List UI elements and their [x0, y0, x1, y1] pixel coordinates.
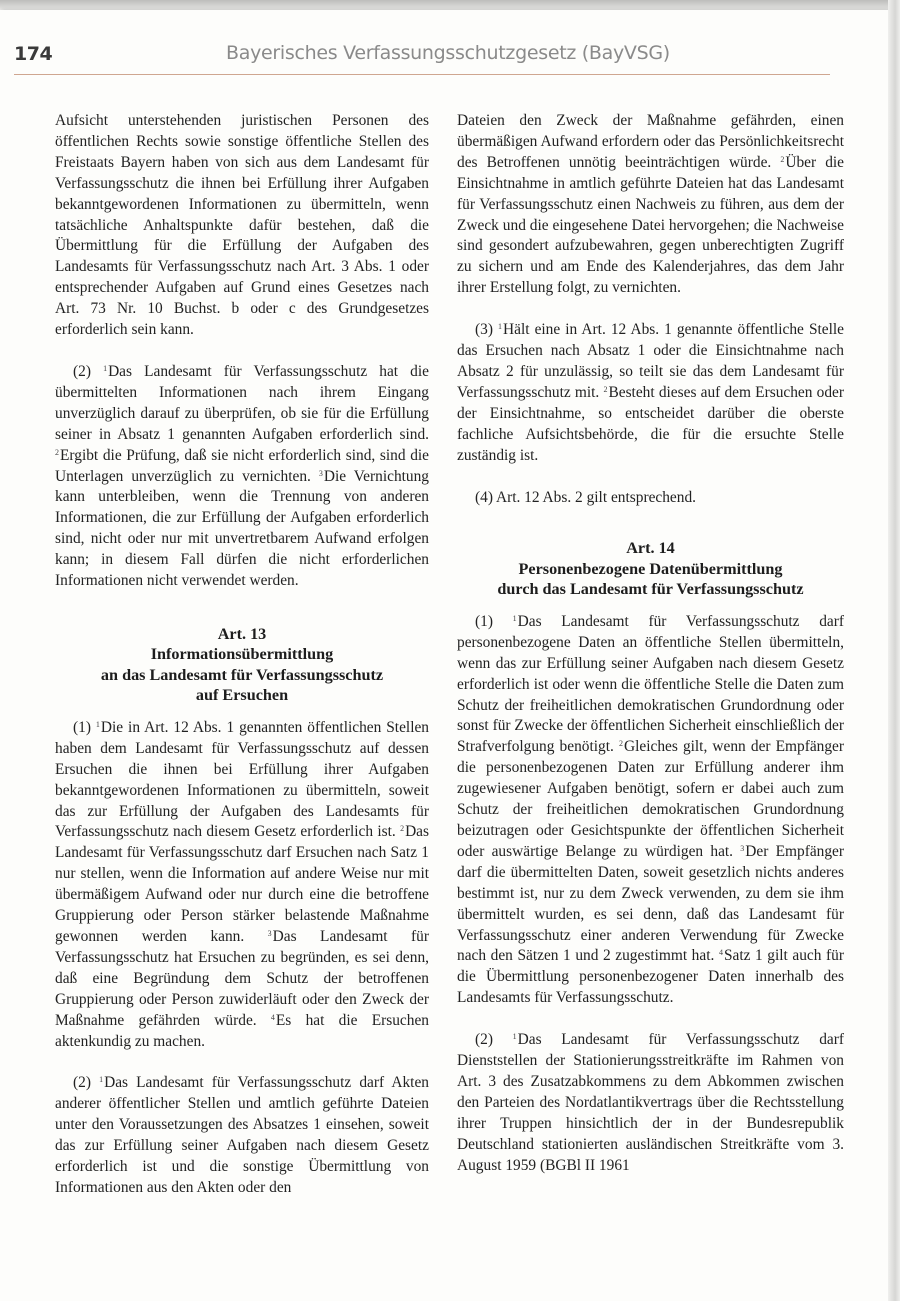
sentence: Das Landesamt für Verfassungsschutz darf… [55, 823, 429, 945]
sentence-marker: 2 [603, 385, 607, 394]
sentence-marker: 2 [400, 824, 404, 833]
article-heading-14: Art. 14 Personenbezogene Datenübermittlu… [457, 538, 844, 600]
sentence-marker: 2 [780, 155, 784, 164]
art12-abs2: (2) 1Das Landesamt für Verfassungsschutz… [55, 362, 429, 592]
sentence: Das Landesamt für Verfassungsschutz hat … [55, 363, 429, 443]
sentence-marker: 1 [103, 364, 107, 373]
article-title: an das Landesamt für Verfassungsschutz [55, 665, 429, 686]
art13-abs2-continuation: Dateien den Zweck der Maßnahme gefährden… [457, 111, 844, 299]
art13-abs4: (4) Art. 12 Abs. 2 gilt entsprechend. [457, 488, 844, 509]
sentence-marker: 3 [319, 469, 323, 478]
art14-abs1: (1) 1Das Landesamt für Verfassungsschutz… [457, 612, 844, 1009]
running-title: Bayerisches Verfassungsschutzgesetz (Bay… [226, 42, 670, 64]
sentence-marker: 1 [513, 1032, 517, 1041]
sentence-marker: 4 [271, 1013, 275, 1022]
paragraph-label: (2) [475, 1031, 493, 1048]
sentence: Gleiches gilt, wenn der Empfänger die pe… [457, 738, 844, 860]
article-heading-13: Art. 13 Informationsübermittlung an das … [55, 624, 429, 706]
sentence: Das Landesamt für Verfassungsschutz darf… [55, 1074, 429, 1196]
sentence-marker: 3 [268, 929, 272, 938]
article-title: durch das Landesamt für Verfassungsschut… [457, 579, 844, 600]
article-number: Art. 14 [457, 538, 844, 559]
sentence-marker: 1 [96, 720, 100, 729]
art13-abs3: (3) 1Hält eine in Art. 12 Abs. 1 genannt… [457, 320, 844, 466]
sentence-marker: 1 [498, 322, 502, 331]
paragraph-text: Aufsicht unterstehenden juristischen Per… [55, 112, 429, 338]
sentence-marker: 1 [99, 1075, 103, 1084]
right-column: Dateien den Zweck der Maßnahme gefährden… [457, 111, 844, 1176]
paragraph-continuation: Aufsicht unterstehenden juristischen Per… [55, 111, 429, 341]
art13-abs1: (1) 1Die in Art. 12 Abs. 1 genannten öff… [55, 718, 429, 1053]
art13-abs2-start: (2) 1Das Landesamt für Verfassungsschutz… [55, 1073, 429, 1198]
sentence-marker: 3 [740, 844, 744, 853]
sentence-marker: 2 [55, 448, 59, 457]
page-header: 174 Bayerisches Verfassungsschutzgesetz … [14, 38, 834, 72]
article-title: Informationsübermittlung [55, 644, 429, 665]
sentence: Über die Einsichtnahme in amtlich geführ… [457, 154, 844, 296]
paragraph-label: (2) [73, 1074, 91, 1091]
sentence: Das Landesamt für Verfassungsschutz darf… [457, 613, 844, 755]
sentence: Das Landesamt für Verfassungsschutz darf… [457, 1031, 844, 1173]
header-rule [14, 74, 830, 75]
paragraph-label: (1) [73, 719, 91, 736]
art14-abs2-start: (2) 1Das Landesamt für Verfassungsschutz… [457, 1030, 844, 1176]
article-number: Art. 13 [55, 624, 429, 645]
paragraph-label: (3) [475, 321, 493, 338]
sentence: Die in Art. 12 Abs. 1 genannten öffentli… [55, 719, 429, 841]
left-column: Aufsicht unterstehenden juristischen Per… [55, 111, 429, 1199]
paragraph-label: (1) [475, 613, 493, 630]
article-title: auf Ersuchen [55, 685, 429, 706]
book-page: 174 Bayerisches Verfassungsschutzgesetz … [0, 10, 888, 1301]
page-number: 174 [14, 43, 52, 65]
sentence-marker: 4 [719, 948, 723, 957]
sentence: Art. 12 Abs. 2 gilt entsprechend. [496, 489, 696, 506]
article-title: Personenbezogene Datenübermittlung [457, 559, 844, 580]
sentence-marker: 1 [513, 614, 517, 623]
paragraph-label: (2) [73, 363, 91, 380]
sentence: Die Vernichtung kann unterbleiben, wenn … [55, 468, 429, 590]
sentence-marker: 2 [619, 739, 623, 748]
scan-right-edge-shadow [888, 0, 900, 1301]
paragraph-label: (4) [475, 489, 493, 506]
